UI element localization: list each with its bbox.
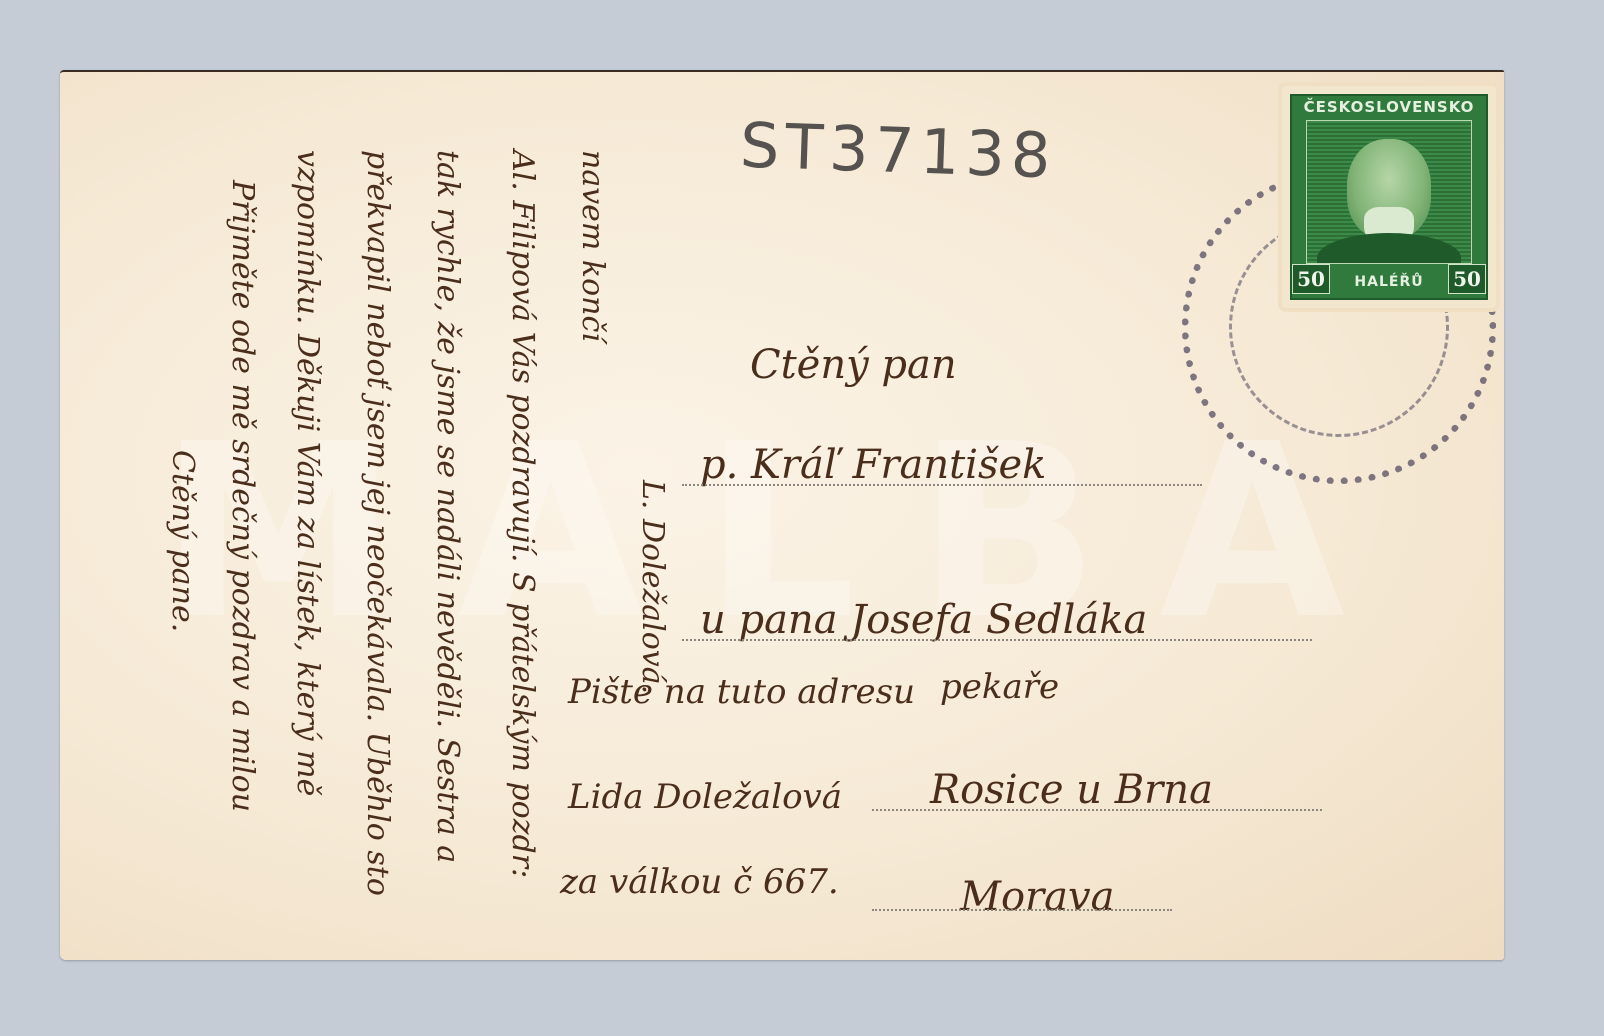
message-block: Ctěný pane. Přijměte ode mě srdečný pozd… <box>130 150 990 650</box>
return-address-line-1: Pište na tuto adresu <box>568 672 915 712</box>
stamp-country: ČESKOSLOVENSKO <box>1292 98 1486 116</box>
address-dotted-line-3 <box>872 809 1322 811</box>
message-line: Přijměte ode mě srdečný pozdrav a milou <box>225 180 260 812</box>
message-line: Al. Filipová Vás pozdravují. S přátelský… <box>505 150 540 878</box>
portrait-coat-icon <box>1317 233 1461 264</box>
message-line: vzpomínku. Děkuji Vám za lístek, který m… <box>290 150 325 796</box>
stamp-value-left: 50 <box>1292 264 1330 294</box>
stamp-portrait <box>1306 120 1472 264</box>
address-line-2: p. Kráľ František <box>700 442 1046 488</box>
message-line: tak rychle, že jsme se nadáli nevěděli. … <box>430 150 465 863</box>
stamp-currency: HALÉŘŮ <box>1332 274 1446 290</box>
address-dotted-line-4 <box>872 909 1172 911</box>
return-address-line-3: za válkou č 667. <box>560 862 839 902</box>
message-line: Ctěný pane. <box>165 450 200 632</box>
signature: L. Doležalová. <box>635 480 670 694</box>
address-dotted-line-2 <box>682 639 1312 641</box>
address-line-1: Ctěný pan <box>750 342 957 388</box>
address-line-4: pekaře <box>940 667 1059 707</box>
message-line: navem končí <box>575 150 610 342</box>
postage-stamp: ČESKOSLOVENSKO 50 HALÉŘŮ 50 <box>1282 86 1496 308</box>
address-line-6: Morava <box>960 874 1114 920</box>
address-dotted-line-1 <box>682 484 1202 486</box>
return-address-line-2: Lida Doležalová <box>568 777 842 817</box>
message-line: překvapil neboť jsem jej neočekávala. Ub… <box>360 150 395 896</box>
address-line-3: u pana Josefa Sedláka <box>700 597 1147 643</box>
stamp-value-right: 50 <box>1448 264 1486 294</box>
postcard: MALBA ST37138 Ctěný pane. Přijměte ode m… <box>60 70 1504 960</box>
address-line-5: Rosice u Brna <box>930 767 1213 813</box>
